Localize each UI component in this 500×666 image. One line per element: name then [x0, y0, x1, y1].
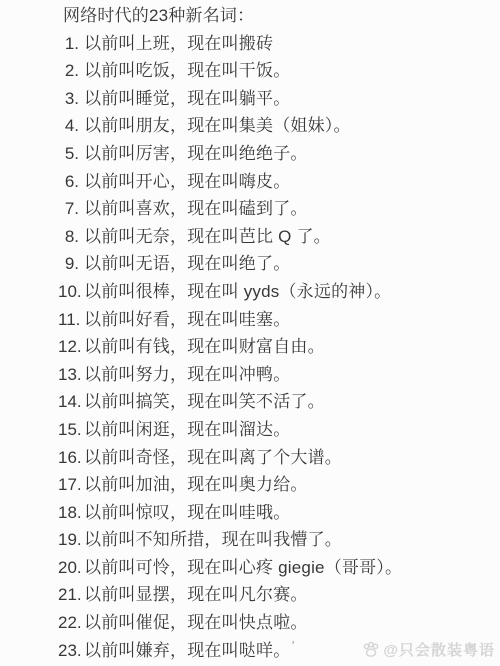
- item-text: 以前叫厉害，现在叫绝绝子。: [84, 140, 308, 168]
- list-item: 7.以前叫喜欢，现在叫磕到了。: [0, 195, 500, 223]
- item-text: 以前叫好看，现在叫哇塞。: [84, 306, 290, 334]
- item-text: 以前叫催促，现在叫快点啦。: [84, 609, 308, 637]
- item-number: 3.: [58, 85, 79, 113]
- item-text: 以前叫吃饭，现在叫干饭。: [84, 57, 290, 85]
- item-number: 7.: [58, 195, 79, 223]
- item-text: 以前叫不知所措，现在叫我懵了。: [84, 526, 342, 554]
- item-number: 22.: [58, 609, 79, 637]
- list-item: 17.以前叫加油，现在叫奥力给。: [0, 471, 500, 499]
- item-number: 21.: [58, 581, 79, 609]
- watermark: @只会散装粤语: [362, 639, 495, 660]
- item-number: 11.: [58, 306, 79, 334]
- list-item: 16.以前叫奇怪，现在叫离了个大谱。: [0, 444, 500, 472]
- item-number: 10.: [58, 278, 79, 306]
- item-number: 4.: [58, 112, 79, 140]
- list-item: 14.以前叫搞笑，现在叫笑不活了。: [0, 388, 500, 416]
- item-number: 2.: [58, 57, 79, 85]
- item-number: 6.: [58, 168, 79, 196]
- list-item: 12.以前叫有钱，现在叫财富自由。: [0, 333, 500, 361]
- item-number: 8.: [58, 223, 79, 251]
- list-item: 4.以前叫朋友，现在叫集美（姐妹）。: [0, 112, 500, 140]
- terms-list: 1.以前叫上班，现在叫搬砖2.以前叫吃饭，现在叫干饭。3.以前叫睡觉，现在叫躺平…: [0, 30, 500, 665]
- item-text: 以前叫无语，现在叫绝了。: [84, 250, 290, 278]
- item-text: 以前叫惊叹，现在叫哇哦。: [84, 499, 290, 527]
- item-number: 12.: [58, 333, 79, 361]
- item-number: 15.: [58, 416, 79, 444]
- item-text: 以前叫努力，现在叫冲鸭。: [84, 361, 290, 389]
- list-item: 21.以前叫显摆，现在叫凡尔赛。: [0, 581, 500, 609]
- list-item: 22.以前叫催促，现在叫快点啦。: [0, 609, 500, 637]
- item-text: 以前叫开心，现在叫嗨皮。: [84, 168, 290, 196]
- list-item: 19.以前叫不知所措，现在叫我懵了。: [0, 526, 500, 554]
- item-number: 19.: [58, 526, 79, 554]
- list-item: 3.以前叫睡觉，现在叫躺平。: [0, 85, 500, 113]
- list-item: 20.以前叫可怜，现在叫心疼 giegie（哥哥）。: [0, 554, 500, 582]
- item-text: 以前叫喜欢，现在叫磕到了。: [84, 195, 308, 223]
- list-item: 5.以前叫厉害，现在叫绝绝子。: [0, 140, 500, 168]
- item-number: 1.: [58, 30, 79, 58]
- item-text: 以前叫有钱，现在叫财富自由。: [84, 333, 325, 361]
- item-number: 13.: [58, 361, 79, 389]
- list-item: 9.以前叫无语，现在叫绝了。: [0, 250, 500, 278]
- item-text: 以前叫奇怪，现在叫离了个大谱。: [84, 444, 342, 472]
- list-item: 11.以前叫好看，现在叫哇塞。: [0, 306, 500, 334]
- list-item: 2.以前叫吃饭，现在叫干饭。: [0, 57, 500, 85]
- item-number: 18.: [58, 499, 79, 527]
- item-text: 以前叫朋友，现在叫集美（姐妹）。: [84, 112, 351, 140]
- list-item: 6.以前叫开心，现在叫嗨皮。: [0, 168, 500, 196]
- list-item: 8.以前叫无奈，现在叫芭比 Q 了。: [0, 223, 500, 251]
- list-item: 13.以前叫努力，现在叫冲鸭。: [0, 361, 500, 389]
- item-text: 以前叫上班，现在叫搬砖: [84, 30, 273, 58]
- item-text: 以前叫睡觉，现在叫躺平。: [84, 85, 290, 113]
- page-title: 网络时代的23种新名词：: [0, 2, 500, 30]
- item-text: 以前叫无奈，现在叫芭比 Q 了。: [84, 223, 331, 251]
- item-text: 以前叫闲逛，现在叫溜达。: [84, 416, 290, 444]
- item-text: 以前叫很棒，现在叫 yyds（永远的神）。: [84, 278, 391, 306]
- item-text: 以前叫搞笑，现在叫笑不活了。: [84, 388, 325, 416]
- item-number: 23.: [58, 637, 79, 665]
- item-number: 20.: [58, 554, 79, 582]
- item-text: 以前叫加油，现在叫奥力给。: [84, 471, 308, 499]
- item-number: 14.: [58, 388, 79, 416]
- item-number: 16.: [58, 444, 79, 472]
- list-item: 10.以前叫很棒，现在叫 yyds（永远的神）。: [0, 278, 500, 306]
- list-item: 15.以前叫闲逛，现在叫溜达。: [0, 416, 500, 444]
- note-page: 网络时代的23种新名词： 1.以前叫上班，现在叫搬砖2.以前叫吃饭，现在叫干饭。…: [0, 0, 500, 666]
- list-item: 18.以前叫惊叹，现在叫哇哦。: [0, 499, 500, 527]
- item-number: 17.: [58, 471, 79, 499]
- watermark-handle: @只会散装粤语: [383, 639, 495, 660]
- item-number: 9.: [58, 250, 79, 278]
- item-text: 以前叫可怜，现在叫心疼 giegie（哥哥）。: [84, 554, 402, 582]
- paw-icon: [362, 641, 380, 658]
- item-text: 以前叫嫌弃，现在叫哒咩。: [84, 637, 290, 665]
- item-text: 以前叫显摆，现在叫凡尔赛。: [84, 581, 308, 609]
- list-item: 1.以前叫上班，现在叫搬砖: [0, 30, 500, 58]
- item-number: 5.: [58, 140, 79, 168]
